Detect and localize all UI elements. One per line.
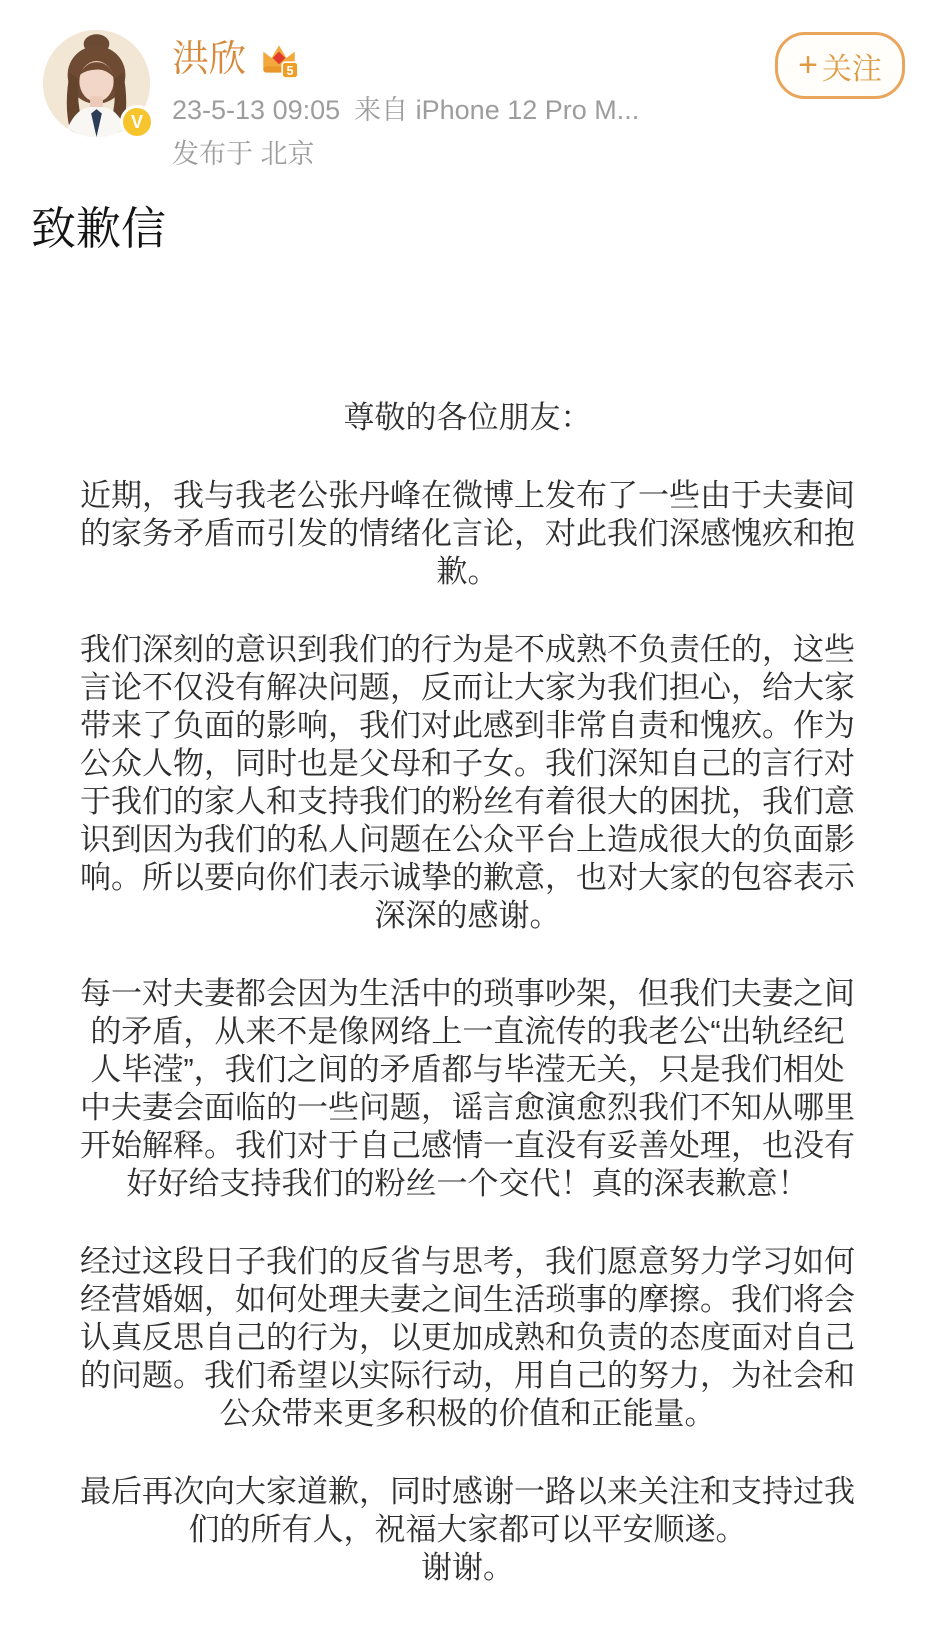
vip-crown-icon: 5 [258,38,300,80]
username[interactable]: 洪欣 [172,39,246,80]
follow-button[interactable]: + 关注 [775,32,905,99]
avatar[interactable]: V [43,30,150,137]
header-info: 洪欣 5 23-5-13 09:05来自 iPhone 12 Pro M... … [172,30,775,171]
letter-paragraph: 尊敬的各位朋友： [52,399,884,437]
follow-button-label: 关注 [822,44,882,88]
post-meta: 23-5-13 09:05来自 iPhone 12 Pro M... [172,94,775,126]
letter-paragraph: 我们深刻的意识到我们的行为是不成熟不负责任的，这些言论不仅没有解决问题，反而让大… [52,631,884,935]
post-title: 致歉信 [31,201,935,257]
letter-paragraph: 经过这段日子我们的反省与思考，我们愿意努力学习如何经营婚姻，如何处理夫妻之间生活… [52,1243,884,1433]
svg-text:5: 5 [287,64,294,78]
letter-paragraph: 每一对夫妻都会因为生活中的琐事吵架，但我们夫妻之间的矛盾，从来不是像网络上一直流… [52,975,884,1203]
timestamp: 23-5-13 09:05 [172,95,340,125]
post-location[interactable]: 发布于 北京 [172,138,775,170]
letter-body: 尊敬的各位朋友：近期，我与我老公张丹峰在微博上发布了一些由于夫妻间的家务矛盾而引… [52,399,884,1587]
post-header: V 洪欣 5 23-5-13 09:05来自 iPhone 12 Pro M..… [0,0,935,171]
verified-icon: V [120,105,154,139]
name-row: 洪欣 5 [172,38,775,80]
letter-paragraph: 近期，我与我老公张丹峰在微博上发布了一些由于夫妻间的家务矛盾而引发的情绪化言论，… [52,477,884,591]
post-source[interactable]: 来自 iPhone 12 Pro M... [354,95,639,125]
letter-paragraph: 最后再次向大家道歉，同时感谢一路以来关注和支持过我们的所有人，祝福大家都可以平安… [52,1473,884,1587]
weibo-post: V 洪欣 5 23-5-13 09:05来自 iPhone 12 Pro M..… [0,0,935,1633]
plus-icon: + [798,48,818,82]
